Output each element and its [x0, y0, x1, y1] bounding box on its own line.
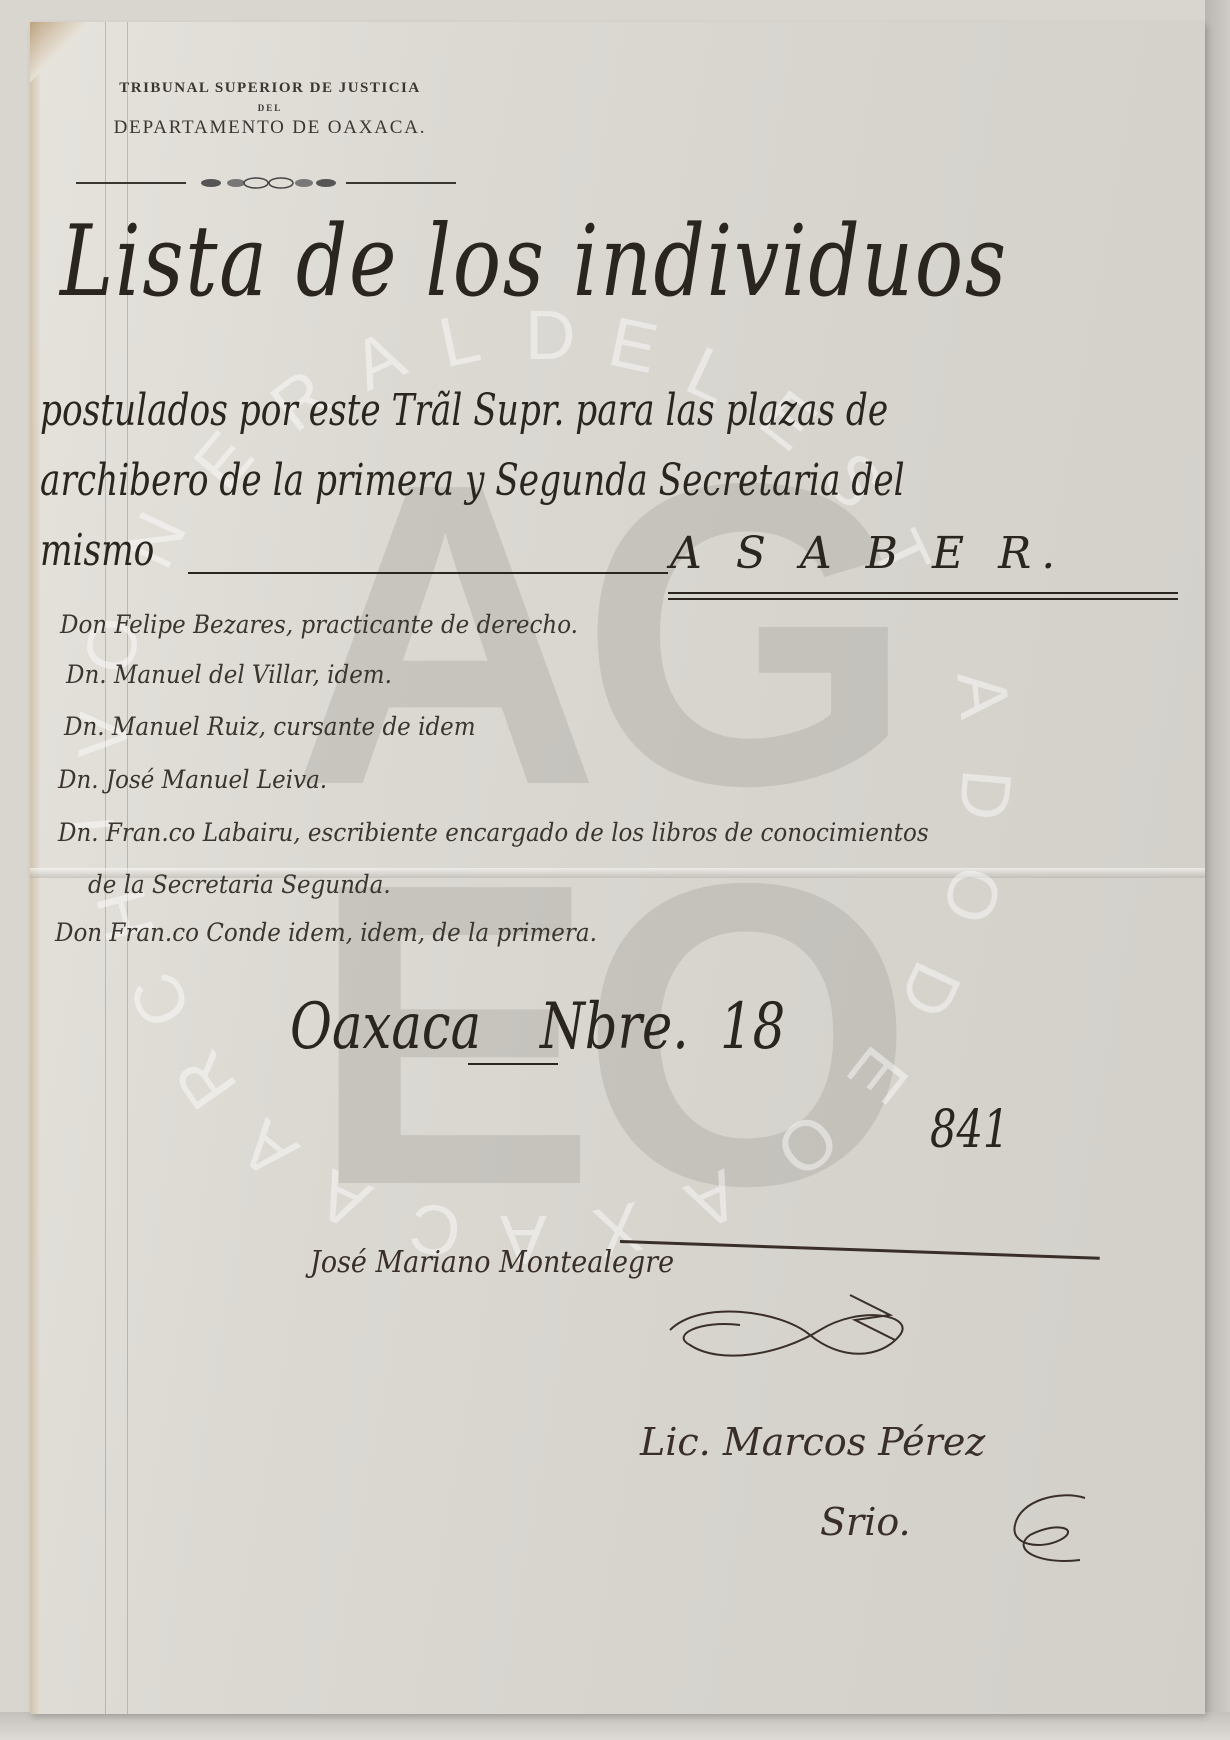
document-title: Lista de los individuos — [60, 205, 1008, 319]
double-rule — [668, 592, 1178, 594]
list-entry: Dn. Fran.co Labairu, escribiente encarga… — [58, 818, 929, 847]
background-strip — [1205, 0, 1230, 1740]
double-rule — [668, 598, 1178, 600]
list-entry: Dn. José Manuel Leiva. — [58, 765, 327, 794]
signature-montealegre: José Mariano Montealegre — [310, 1245, 674, 1280]
signature-title: Srio. — [820, 1500, 911, 1544]
ornament-divider-icon — [76, 176, 456, 190]
underline-rule — [188, 572, 668, 574]
subtitle-line: mismo — [40, 525, 154, 576]
list-entry: de la Secretaria Segunda. — [88, 870, 391, 899]
torn-corner — [30, 22, 120, 82]
place-name: Oaxaca — [290, 990, 481, 1064]
list-entry: Dn. Manuel Ruiz, cursante de idem — [64, 712, 476, 741]
letterhead-line1: TRIBUNAL SUPERIOR DE JUSTICIA — [60, 80, 480, 97]
signature-flourish-icon — [660, 1290, 920, 1370]
list-entry: Don Felipe Bezares, practicante de derec… — [60, 610, 578, 639]
list-entry: Dn. Manuel del Villar, idem. — [66, 660, 392, 689]
letterhead: TRIBUNAL SUPERIOR DE JUSTICIA DEL DEPART… — [60, 80, 480, 139]
letterhead-line3: DEPARTAMENTO DE OAXACA. — [60, 117, 480, 139]
date-day: 18 — [720, 990, 785, 1064]
date-flourish — [468, 1063, 558, 1065]
subtitle-line: postulados por este Trãl Supr. para las … — [40, 385, 888, 436]
date-month: Nbre. — [540, 990, 689, 1064]
date-year: 841 — [930, 1100, 1009, 1160]
background-bottom — [0, 1712, 1230, 1740]
list-entry: Don Fran.co Conde idem, idem, de la prim… — [55, 918, 597, 947]
letterhead-line2: DEL — [60, 103, 480, 113]
signature-perez: Lic. Marcos Pérez — [640, 1420, 985, 1464]
subtitle-line: archibero de la primera y Segunda Secret… — [40, 455, 905, 506]
salutation: A S A B E R. — [670, 528, 1065, 579]
rubric-flourish-icon — [1000, 1490, 1100, 1570]
